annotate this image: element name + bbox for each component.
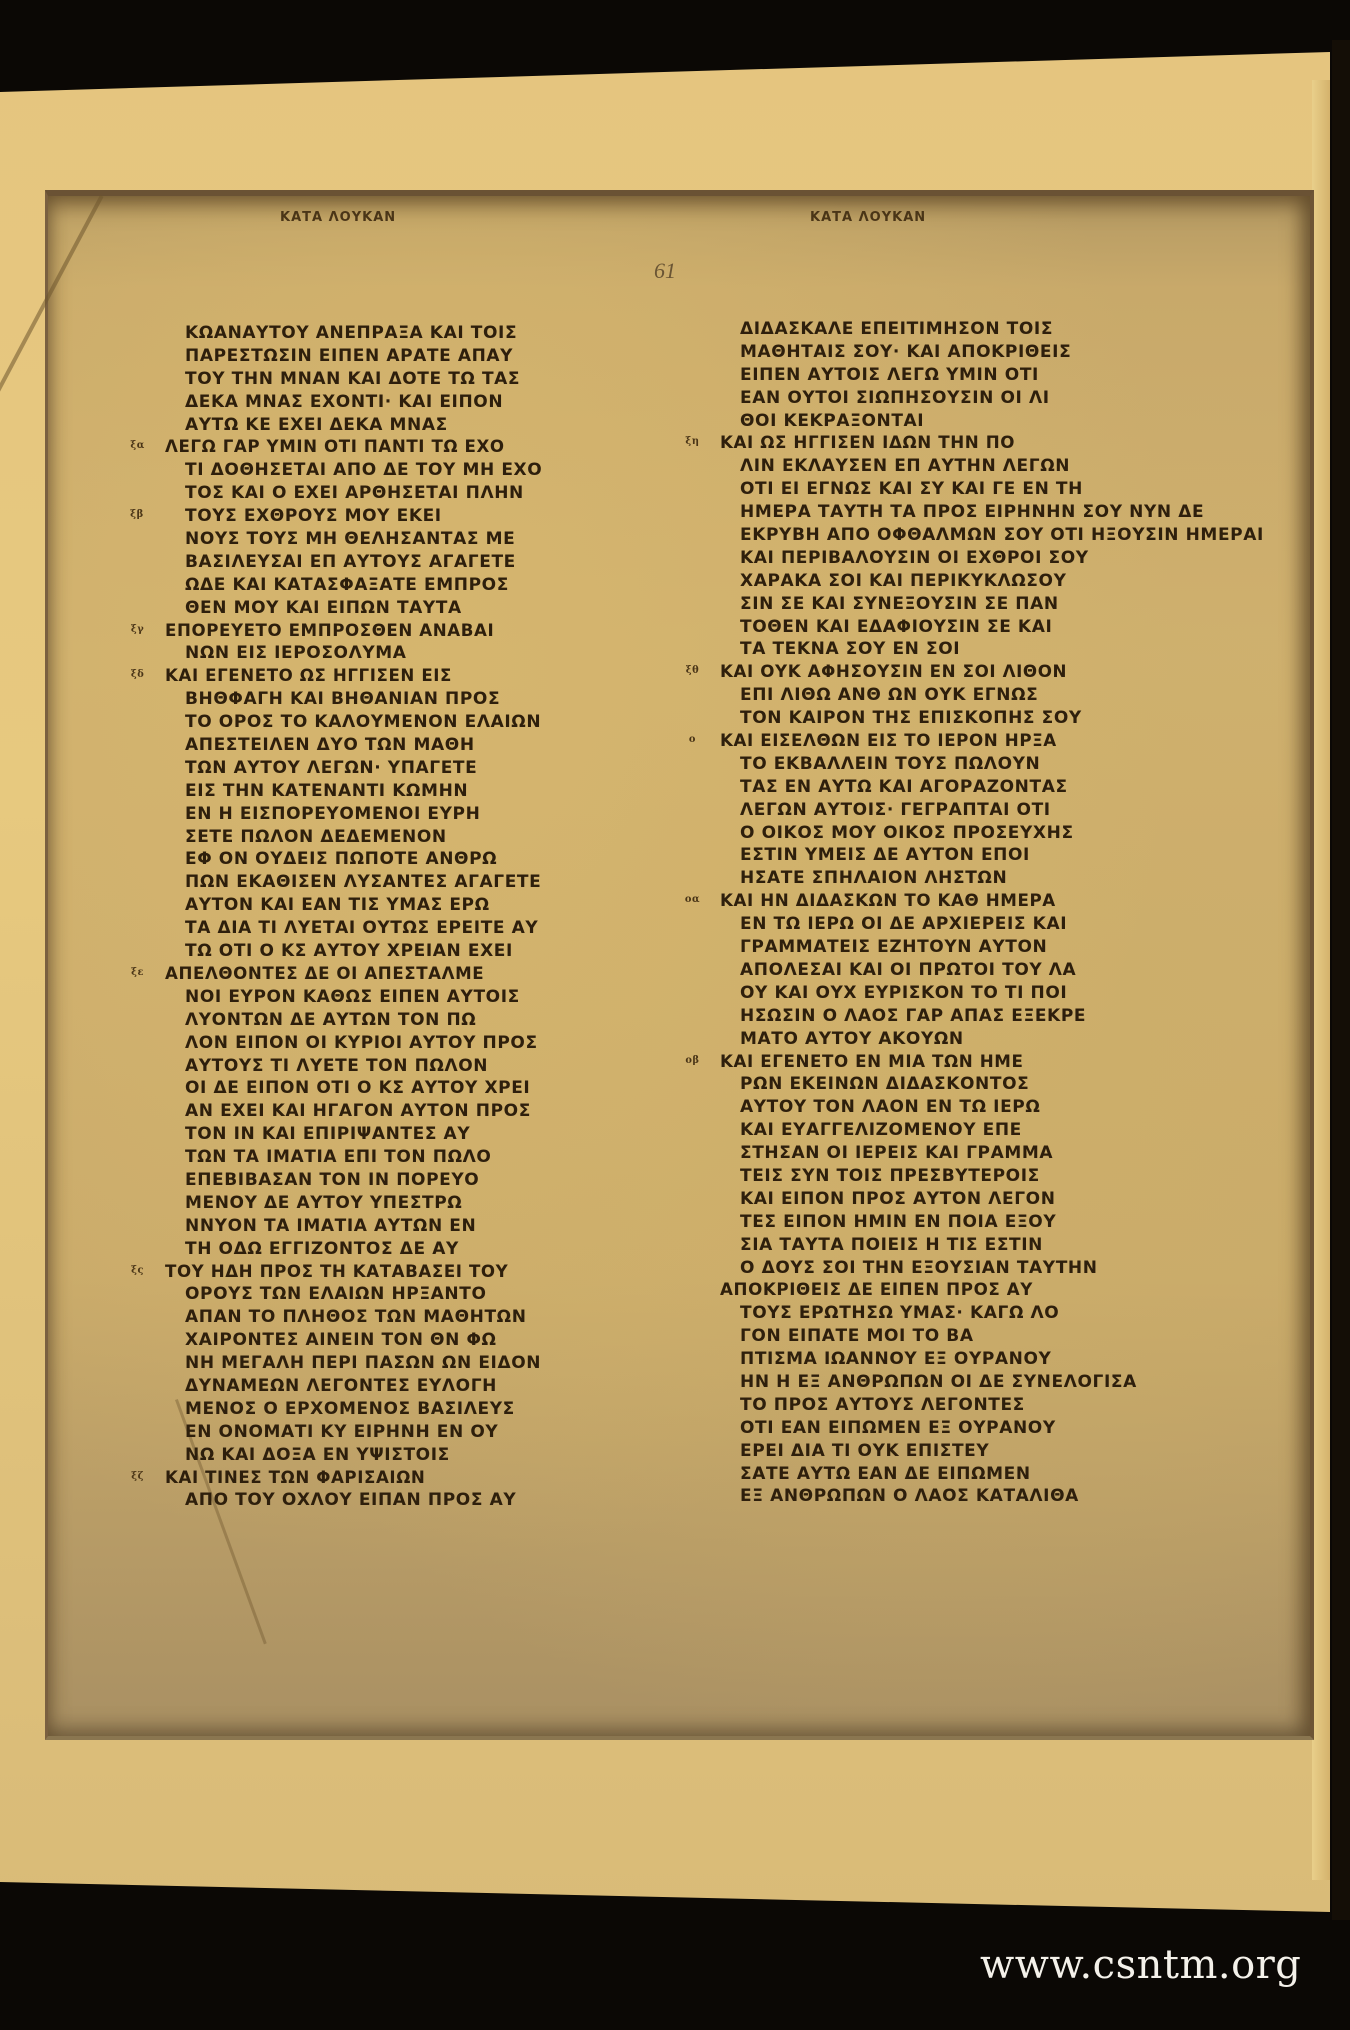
- text-line: ΚΑΙ ΕΙΣΕΛΘΩΝ ΕΙΣ ΤΟ ΙΕΡΟΝ ΗΡΞΑο: [720, 730, 1255, 753]
- text-line: ΑΠΕΣΤΕΙΛΕΝ ΔΥΟ ΤΩΝ ΜΑΘΗ: [185, 734, 645, 757]
- text-line: ΑΠΟΚΡΙΘΕΙΣ ΔΕ ΕΙΠΕΝ ΠΡΟΣ ΑΥ: [720, 1279, 1255, 1302]
- marginal-section-number: ξβ: [117, 509, 157, 520]
- text-line: ΤΩΝ ΑΥΤΟΥ ΛΕΓΩΝ· ΥΠΑΓΕΤΕ: [185, 757, 645, 780]
- marginal-section-number: ο: [673, 734, 712, 745]
- text-line: ΗΣΑΤΕ ΣΠΗΛΑΙΟΝ ΛΗΣΤΩΝ: [740, 867, 1265, 890]
- text-line: ΕΑΝ ΟΥΤΟΙ ΣΙΩΠΗΣΟΥΣΙΝ ΟΙ ΛΙ: [740, 387, 1265, 410]
- text-line: ΤΑ ΤΕΚΝΑ ΣΟΥ ΕΝ ΣΟΙ: [740, 638, 1265, 661]
- text-line: ΓΡΑΜΜΑΤΕΙΣ ΕΖΗΤΟΥΝ ΑΥΤΟΝ: [740, 936, 1265, 959]
- text-line: ΑΠΑΝ ΤΟ ΠΛΗΘΟΣ ΤΩΝ ΜΑΘΗΤΩΝ: [185, 1306, 645, 1329]
- text-line: ΚΑΙ ΕΙΠΟΝ ΠΡΟΣ ΑΥΤΟΝ ΛΕΓΟΝ: [740, 1188, 1265, 1211]
- text-line: ΤΟΥ ΤΗΝ ΜΝΑΝ ΚΑΙ ΔΟΤΕ ΤΩ ΤΑΣ: [185, 368, 645, 391]
- text-line: ΤΩΝ ΤΑ ΙΜΑΤΙΑ ΕΠΙ ΤΟΝ ΠΩΛΟ: [185, 1146, 645, 1169]
- text-line: ΜΕΝΟΣ Ο ΕΡΧΟΜΕΝΟΣ ΒΑΣΙΛΕΥΣ: [185, 1398, 645, 1421]
- text-line: ΤΟΝ ΙΝ ΚΑΙ ΕΠΙΡΙΨΑΝΤΕΣ ΑΥ: [185, 1123, 645, 1146]
- text-line: ΤΟΣ ΚΑΙ Ο ΕΧΕΙ ΑΡΘΗΣΕΤΑΙ ΠΛΗΝ: [185, 482, 645, 505]
- marginal-section-number: ξγ: [118, 624, 157, 635]
- text-line: ΣΙΝ ΣΕ ΚΑΙ ΣΥΝΕΞΟΥΣΙΝ ΣΕ ΠΑΝ: [740, 593, 1265, 616]
- text-line: ΕΦ ΟΝ ΟΥΔΕΙΣ ΠΩΠΟΤΕ ΑΝΘΡΩ: [185, 848, 645, 871]
- text-line: ΤΕΣ ΕΙΠΟΝ ΗΜΙΝ ΕΝ ΠΟΙΑ ΕΞΟΥ: [740, 1211, 1265, 1234]
- text-line: ΤΑΣ ΕΝ ΑΥΤΩ ΚΑΙ ΑΓΟΡΑΖΟΝΤΑΣ: [740, 776, 1265, 799]
- text-line: ΣΙΑ ΤΑΥΤΑ ΠΟΙΕΙΣ Η ΤΙΣ ΕΣΤΙΝ: [740, 1234, 1265, 1257]
- text-line: ΕΡΕΙ ΔΙΑ ΤΙ ΟΥΚ ΕΠΙΣΤΕΥ: [740, 1440, 1265, 1463]
- text-line: ΟΤΙ ΕΙ ΕΓΝΩΣ ΚΑΙ ΣΥ ΚΑΙ ΓΕ ΕΝ ΤΗ: [740, 478, 1265, 501]
- text-line: ΑΥΤΩ ΚΕ ΕΧΕΙ ΔΕΚΑ ΜΝΑΣ: [185, 414, 645, 437]
- text-line: ΤΟ ΕΚΒΑΛΛΕΙΝ ΤΟΥΣ ΠΩΛΟΥΝ: [740, 753, 1265, 776]
- text-line: ΚΑΙ ΠΕΡΙΒΑΛΟΥΣΙΝ ΟΙ ΕΧΘΡΟΙ ΣΟΥ: [740, 547, 1265, 570]
- page-number: 61: [654, 258, 676, 284]
- marginal-section-number: ξζ: [118, 1471, 157, 1482]
- text-line: ΑΝ ΕΧΕΙ ΚΑΙ ΗΓΑΓΟΝ ΑΥΤΟΝ ΠΡΟΣ: [185, 1100, 645, 1123]
- text-line: ΚΑΙ ΕΓΕΝΕΤΟ ΕΝ ΜΙΑ ΤΩΝ ΗΜΕοβ: [720, 1051, 1255, 1074]
- text-line: ΜΑΤΟ ΑΥΤΟΥ ΑΚΟΥΩΝ: [740, 1028, 1265, 1051]
- text-line: ΕΞ ΑΝΘΡΩΠΩΝ Ο ΛΑΟΣ ΚΑΤΑΛΙΘΑ: [740, 1485, 1265, 1508]
- text-line: ΑΠΕΛΘΟΝΤΕΣ ΔΕ ΟΙ ΑΠΕΣΤΑΛΜΕξε: [165, 963, 635, 986]
- marginal-section-number: ξη: [673, 436, 712, 447]
- text-line: ΧΑΡΑΚΑ ΣΟΙ ΚΑΙ ΠΕΡΙΚΥΚΛΩΣΟΥ: [740, 570, 1265, 593]
- text-line: ΑΠΟΛΕΣΑΙ ΚΑΙ ΟΙ ΠΡΩΤΟΙ ΤΟΥ ΛΑ: [740, 959, 1265, 982]
- text-line: ΠΩΝ ΕΚΑΘΙΣΕΝ ΛΥΣΑΝΤΕΣ ΑΓΑΓΕΤΕ: [185, 871, 645, 894]
- running-head-right: ΚΑΤΑ ΛΟΥΚΑΝ: [810, 210, 926, 225]
- text-line: ΒΗΘΦΑΓΗ ΚΑΙ ΒΗΘΑΝΙΑΝ ΠΡΟΣ: [185, 688, 645, 711]
- marginal-section-number: οα: [673, 894, 712, 905]
- text-line: ΕΠΙ ΛΙΘΩ ΑΝΘ ΩΝ ΟΥΚ ΕΓΝΩΣ: [740, 684, 1265, 707]
- text-line: ΘΟΙ ΚΕΚΡΑΞΟΝΤΑΙ: [740, 410, 1265, 433]
- text-line: ΤΟΝ ΚΑΙΡΟΝ ΤΗΣ ΕΠΙΣΚΟΠΗΣ ΣΟΥ: [740, 707, 1265, 730]
- text-line: ΕΠΟΡΕΥΕΤΟ ΕΜΠΡΟΣΘΕΝ ΑΝΑΒΑΙξγ: [165, 620, 635, 643]
- watermark: www.csntm.org: [980, 1942, 1301, 1988]
- text-line: ΚΩΑΝΑΥΤΟΥ ΑΝΕΠΡΑΞΑ ΚΑΙ ΤΟΙΣ: [185, 322, 645, 345]
- text-line: ΕΝ Η ΕΙΣΠΟΡΕΥΟΜΕΝΟΙ ΕΥΡΗ: [185, 803, 645, 826]
- text-line: ΚΑΙ ΕΥΑΓΓΕΛΙΖΟΜΕΝΟΥ ΕΠΕ: [740, 1119, 1265, 1142]
- text-line: ΤΩ ΟΤΙ Ο ΚΣ ΑΥΤΟΥ ΧΡΕΙΑΝ ΕΧΕΙ: [185, 940, 645, 963]
- running-head-left: ΚΑΤΑ ΛΟΥΚΑΝ: [280, 210, 396, 225]
- text-line: ΛΕΓΩΝ ΑΥΤΟΙΣ· ΓΕΓΡΑΠΤΑΙ ΟΤΙ: [740, 799, 1265, 822]
- text-line: ΤΟ ΟΡΟΣ ΤΟ ΚΑΛΟΥΜΕΝΟΝ ΕΛΑΙΩΝ: [185, 711, 645, 734]
- text-line: ΝΩ ΚΑΙ ΔΟΞΑ ΕΝ ΥΨΙΣΤΟΙΣ: [185, 1444, 645, 1467]
- text-line: ΗΜΕΡΑ ΤΑΥΤΗ ΤΑ ΠΡΟΣ ΕΙΡΗΝΗΝ ΣΟΥ ΝΥΝ ΔΕ: [740, 501, 1265, 524]
- marginal-section-number: οβ: [673, 1055, 712, 1066]
- text-line: ΕΝ ΟΝΟΜΑΤΙ ΚΥ ΕΙΡΗΝΗ ΕΝ ΟΥ: [185, 1421, 645, 1444]
- background-edge: [1332, 40, 1350, 1920]
- marginal-section-number: ξα: [118, 440, 157, 451]
- text-line: ΝΝΥΟΝ ΤΑ ΙΜΑΤΙΑ ΑΥΤΩΝ ΕΝ: [185, 1215, 645, 1238]
- text-line: ΝΟΥΣ ΤΟΥΣ ΜΗ ΘΕΛΗΣΑΝΤΑΣ ΜΕ: [185, 528, 645, 551]
- text-line: ΕΚΡΥΒΗ ΑΠΟ ΟΦΘΑΛΜΩΝ ΣΟΥ ΟΤΙ ΗΞΟΥΣΙΝ ΗΜΕΡ…: [740, 524, 1265, 547]
- text-line: ΗΣΩΣΙΝ Ο ΛΑΟΣ ΓΑΡ ΑΠΑΣ ΕΞΕΚΡΕ: [740, 1005, 1265, 1028]
- text-line: ΤΑ ΔΙΑ ΤΙ ΛΥΕΤΑΙ ΟΥΤΩΣ ΕΡΕΙΤΕ ΑΥ: [185, 917, 645, 940]
- text-line: ΛΥΟΝΤΩΝ ΔΕ ΑΥΤΩΝ ΤΟΝ ΠΩ: [185, 1009, 645, 1032]
- text-line: ΡΩΝ ΕΚΕΙΝΩΝ ΔΙΔΑΣΚΟΝΤΟΣ: [740, 1073, 1265, 1096]
- text-line: Ο ΟΙΚΟΣ ΜΟΥ ΟΙΚΟΣ ΠΡΟΣΕΥΧΗΣ: [740, 822, 1265, 845]
- text-line: ΔΥΝΑΜΕΩΝ ΛΕΓΟΝΤΕΣ ΕΥΛΟΓΗ: [185, 1375, 645, 1398]
- text-line: ΕΙΠΕΝ ΑΥΤΟΙΣ ΛΕΓΩ ΥΜΙΝ ΟΤΙ: [740, 364, 1265, 387]
- text-line: ΔΕΚΑ ΜΝΑΣ ΕΧΟΝΤΙ· ΚΑΙ ΕΙΠΟΝ: [185, 391, 645, 414]
- text-line: ΤΟΥΣ ΕΧΘΡΟΥΣ ΜΟΥ ΕΚΕΙξβ: [185, 505, 645, 528]
- text-line: ΑΠΟ ΤΟΥ ΟΧΛΟΥ ΕΙΠΑΝ ΠΡΟΣ ΑΥ: [185, 1489, 645, 1512]
- text-line: ΝΩΝ ΕΙΣ ΙΕΡΟΣΟΛΥΜΑ: [185, 642, 645, 665]
- text-line: ΛΙΝ ΕΚΛΑΥΣΕΝ ΕΠ ΑΥΤΗΝ ΛΕΓΩΝ: [740, 455, 1265, 478]
- marginal-section-number: ξδ: [118, 669, 157, 680]
- text-line: Ο ΔΟΥΣ ΣΟΙ ΤΗΝ ΕΞΟΥΣΙΑΝ ΤΑΥΤΗΝ: [740, 1257, 1265, 1280]
- text-line: ΚΑΙ ΟΥΚ ΑΦΗΣΟΥΣΙΝ ΕΝ ΣΟΙ ΛΙΘΟΝξθ: [720, 661, 1255, 684]
- text-line: ΩΔΕ ΚΑΙ ΚΑΤΑΣΦΑΞΑΤΕ ΕΜΠΡΟΣ: [185, 574, 645, 597]
- text-line: ΟΥ ΚΑΙ ΟΥΧ ΕΥΡΙΣΚΟΝ ΤΟ ΤΙ ΠΟΙ: [740, 982, 1265, 1005]
- text-line: ΣΤΗΣΑΝ ΟΙ ΙΕΡΕΙΣ ΚΑΙ ΓΡΑΜΜΑ: [740, 1142, 1265, 1165]
- right-text-column: ΔΙΔΑΣΚΑΛΕ ΕΠΕΙΤΙΜΗΣΟΝ ΤΟΙΣΜΑΘΗΤΑΙΣ ΣΟΥ· …: [740, 318, 1265, 1508]
- text-line: ΣΕΤΕ ΠΩΛΟΝ ΔΕΔΕΜΕΝΟΝ: [185, 826, 645, 849]
- text-line: ΛΟΝ ΕΙΠΟΝ ΟΙ ΚΥΡΙΟΙ ΑΥΤΟΥ ΠΡΟΣ: [185, 1032, 645, 1055]
- marginal-section-number: ξς: [118, 1265, 157, 1276]
- text-line: ΒΑΣΙΛΕΥΣΑΙ ΕΠ ΑΥΤΟΥΣ ΑΓΑΓΕΤΕ: [185, 551, 645, 574]
- mount-edge: [1312, 80, 1330, 1880]
- text-line: ΚΑΙ ΕΓΕΝΕΤΟ ΩΣ ΗΓΓΙΣΕΝ ΕΙΣξδ: [165, 665, 635, 688]
- text-line: ΕΙΣ ΤΗΝ ΚΑΤΕΝΑΝΤΙ ΚΩΜΗΝ: [185, 780, 645, 803]
- marginal-section-number: ξε: [118, 967, 157, 978]
- text-line: ΕΠΕΒΙΒΑΣΑΝ ΤΟΝ ΙΝ ΠΟΡΕΥΟ: [185, 1169, 645, 1192]
- text-line: ΤΟΥ ΗΔΗ ΠΡΟΣ ΤΗ ΚΑΤΑΒΑΣΕΙ ΤΟΥξς: [165, 1261, 635, 1284]
- text-line: ΠΤΙΣΜΑ ΙΩΑΝΝΟΥ ΕΞ ΟΥΡΑΝΟΥ: [740, 1348, 1265, 1371]
- text-line: ΔΙΔΑΣΚΑΛΕ ΕΠΕΙΤΙΜΗΣΟΝ ΤΟΙΣ: [740, 318, 1265, 341]
- text-line: ΜΑΘΗΤΑΙΣ ΣΟΥ· ΚΑΙ ΑΠΟΚΡΙΘΕΙΣ: [740, 341, 1265, 364]
- text-line: ΝΗ ΜΕΓΑΛΗ ΠΕΡΙ ΠΑΣΩΝ ΩΝ ΕΙΔΟΝ: [185, 1352, 645, 1375]
- text-line: ΚΑΙ ΤΙΝΕΣ ΤΩΝ ΦΑΡΙΣΑΙΩΝξζ: [165, 1467, 635, 1490]
- text-line: ΟΡΟΥΣ ΤΩΝ ΕΛΑΙΩΝ ΗΡΞΑΝΤΟ: [185, 1283, 645, 1306]
- text-line: ΤΟ ΠΡΟΣ ΑΥΤΟΥΣ ΛΕΓΟΝΤΕΣ: [740, 1394, 1265, 1417]
- text-line: ΜΕΝΟΥ ΔΕ ΑΥΤΟΥ ΥΠΕΣΤΡΩ: [185, 1192, 645, 1215]
- text-line: ΟΙ ΔΕ ΕΙΠΟΝ ΟΤΙ Ο ΚΣ ΑΥΤΟΥ ΧΡΕΙ: [185, 1077, 645, 1100]
- text-line: ΠΑΡΕΣΤΩΣΙΝ ΕΙΠΕΝ ΑΡΑΤΕ ΑΠΑΥ: [185, 345, 645, 368]
- text-line: ΕΝ ΤΩ ΙΕΡΩ ΟΙ ΔΕ ΑΡΧΙΕΡΕΙΣ ΚΑΙ: [740, 913, 1265, 936]
- text-line: ΓΟΝ ΕΙΠΑΤΕ ΜΟΙ ΤΟ ΒΑ: [740, 1325, 1265, 1348]
- text-line: ΑΥΤΟΥ ΤΟΝ ΛΑΟΝ ΕΝ ΤΩ ΙΕΡΩ: [740, 1096, 1265, 1119]
- text-line: ΚΑΙ ΩΣ ΗΓΓΙΣΕΝ ΙΔΩΝ ΤΗΝ ΠΟξη: [720, 432, 1255, 455]
- text-line: ΤΟΥΣ ΕΡΩΤΗΣΩ ΥΜΑΣ· ΚΑΓΩ ΛΟ: [740, 1302, 1265, 1325]
- text-line: ΤΗ ΟΔΩ ΕΓΓΙΖΟΝΤΟΣ ΔΕ ΑΥ: [185, 1238, 645, 1261]
- text-line: ΚΑΙ ΗΝ ΔΙΔΑΣΚΩΝ ΤΟ ΚΑΘ ΗΜΕΡΑοα: [720, 890, 1255, 913]
- text-line: ΤΕΙΣ ΣΥΝ ΤΟΙΣ ΠΡΕΣΒΥΤΕΡΟΙΣ: [740, 1165, 1265, 1188]
- text-line: ΘΕΝ ΜΟΥ ΚΑΙ ΕΙΠΩΝ ΤΑΥΤΑ: [185, 597, 645, 620]
- marginal-section-number: ξθ: [673, 665, 712, 676]
- text-line: ΤΟΘΕΝ ΚΑΙ ΕΔΑΦΙΟΥΣΙΝ ΣΕ ΚΑΙ: [740, 616, 1265, 639]
- text-line: ΧΑΙΡΟΝΤΕΣ ΑΙΝΕΙΝ ΤΟΝ ΘΝ ΦΩ: [185, 1329, 645, 1352]
- left-text-column: ΚΩΑΝΑΥΤΟΥ ΑΝΕΠΡΑΞΑ ΚΑΙ ΤΟΙΣΠΑΡΕΣΤΩΣΙΝ ΕΙ…: [185, 322, 645, 1512]
- text-line: ΗΝ Η ΕΞ ΑΝΘΡΩΠΩΝ ΟΙ ΔΕ ΣΥΝΕΛΟΓΙΣΑ: [740, 1371, 1265, 1394]
- text-line: ΕΣΤΙΝ ΥΜΕΙΣ ΔΕ ΑΥΤΟΝ ΕΠΟΙ: [740, 844, 1265, 867]
- text-line: ΝΟΙ ΕΥΡΟΝ ΚΑΘΩΣ ΕΙΠΕΝ ΑΥΤΟΙΣ: [185, 986, 645, 1009]
- text-line: ΤΙ ΔΟΘΗΣΕΤΑΙ ΑΠΟ ΔΕ ΤΟΥ ΜΗ ΕΧΟ: [185, 459, 645, 482]
- text-line: ΣΑΤΕ ΑΥΤΩ ΕΑΝ ΔΕ ΕΙΠΩΜΕΝ: [740, 1463, 1265, 1486]
- text-line: ΛΕΓΩ ΓΑΡ ΥΜΙΝ ΟΤΙ ΠΑΝΤΙ ΤΩ ΕΧΟξα: [165, 436, 635, 459]
- text-line: ΑΥΤΟΝ ΚΑΙ ΕΑΝ ΤΙΣ ΥΜΑΣ ΕΡΩ: [185, 894, 645, 917]
- text-line: ΟΤΙ ΕΑΝ ΕΙΠΩΜΕΝ ΕΞ ΟΥΡΑΝΟΥ: [740, 1417, 1265, 1440]
- text-line: ΑΥΤΟΥΣ ΤΙ ΛΥΕΤΕ ΤΟΝ ΠΩΛΟΝ: [185, 1055, 645, 1078]
